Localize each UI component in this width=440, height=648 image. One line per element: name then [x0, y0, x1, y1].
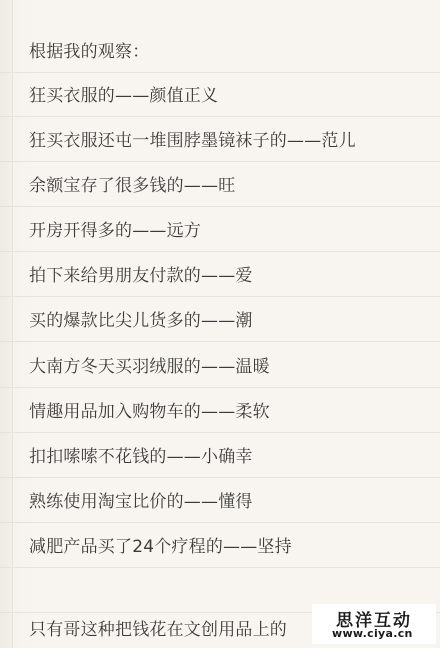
note-line-text: 买的爆款比尖儿货多的——潮 [29, 306, 253, 331]
note-line-text: 熟练使用淘宝比价的——懂得 [29, 487, 253, 512]
note-line: 扣扣嗦嗦不花钱的——小确幸 [0, 433, 440, 478]
note-line-text: 只有哥这种把钱花在文创用品上的 [29, 615, 287, 640]
note-line-text: 根据我的观察： [29, 37, 149, 62]
note-line: 买的爆款比尖儿货多的——潮 [0, 297, 440, 342]
note-line-text: 大南方冬天买羽绒服的——温暖 [29, 352, 270, 377]
note-line: 熟练使用淘宝比价的——懂得 [0, 478, 440, 523]
note-line: 狂买衣服还屯一堆围脖墨镜袜子的——范儿 [0, 117, 440, 162]
note-line-text: 减肥产品买了24个疗程的——坚持 [29, 532, 292, 557]
note-line-text: 开房开得多的——远方 [29, 216, 201, 241]
note-line-text: 扣扣嗦嗦不花钱的——小确幸 [29, 442, 253, 467]
note-line-text: 余额宝存了很多钱的——旺 [29, 171, 235, 196]
note-line-text: 狂买衣服还屯一堆围脖墨镜袜子的——范儿 [29, 126, 356, 151]
watermark: 思洋互动 www.ciya.cn [312, 604, 436, 644]
note-line: 狂买衣服的——颜值正义 [0, 73, 440, 117]
note-line: 余额宝存了很多钱的——旺 [0, 162, 440, 207]
note-line: 开房开得多的——远方 [0, 207, 440, 252]
watermark-url: www.ciya.cn [332, 627, 413, 640]
note-line: 大南方冬天买羽绒服的——温暖 [0, 342, 440, 388]
note-line: 拍下来给男朋友付款的——爱 [0, 252, 440, 297]
notes-page: 根据我的观察： 狂买衣服的——颜值正义 狂买衣服还屯一堆围脖墨镜袜子的——范儿 … [0, 0, 440, 648]
note-line-text: 狂买衣服的——颜值正义 [29, 81, 218, 106]
note-line: 情趣用品加入购物车的——柔软 [0, 388, 440, 433]
note-line: 根据我的观察： [0, 28, 440, 73]
note-line: 减肥产品买了24个疗程的——坚持 [0, 523, 440, 568]
note-line-text: 情趣用品加入购物车的——柔软 [29, 397, 270, 422]
note-line-text: 拍下来给男朋友付款的——爱 [29, 261, 253, 286]
